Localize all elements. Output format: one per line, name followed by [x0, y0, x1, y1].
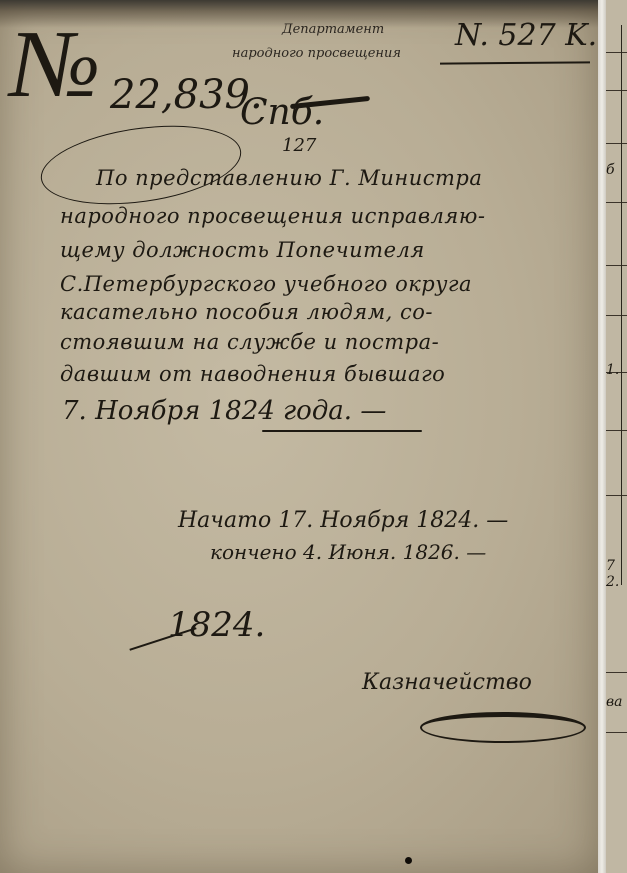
number-sign-flourish: №	[10, 8, 101, 119]
signature-flourish	[420, 712, 586, 743]
begun-line: Начато 17. Ноября 1824. —	[178, 508, 508, 533]
date-underline	[262, 430, 422, 432]
body-date: 7. Ноября 1824 года. —	[62, 396, 386, 426]
body-line: народного просвещения исправляю-	[60, 204, 485, 228]
sub-number: 127	[282, 135, 316, 156]
body-line: давшим от наводнения бывшаго	[60, 362, 445, 386]
document-page: № 22,839. Спб. 127 Департамент народного…	[0, 0, 598, 873]
body-line: щему должность Попечителя	[60, 238, 425, 262]
department-line-2: народного просвещения	[232, 46, 401, 61]
margin-mark: 2.	[606, 574, 619, 590]
begun-value: 17. Ноября 1824. —	[278, 508, 508, 533]
underlying-page: б 1. 7 2. ва	[606, 0, 627, 873]
body-line: касательно пособия людям, со-	[60, 300, 433, 324]
begun-label: Начато	[178, 508, 271, 533]
margin-mark: ва	[606, 694, 623, 710]
year-label: 1824.	[168, 605, 265, 645]
page-edge	[598, 0, 606, 873]
opening-flourish	[36, 114, 246, 215]
margin-mark: 1.	[606, 362, 619, 378]
ended-value: 4. Июня. 1826. —	[303, 540, 486, 564]
body-line: По представлению Г. Министра	[96, 166, 482, 190]
signature: Казначейство	[362, 670, 532, 695]
ended-label: кончено	[210, 540, 297, 564]
body-line: стоявшим на службе и постра-	[60, 330, 439, 354]
ink-spot	[405, 857, 412, 864]
margin-mark: 7	[606, 558, 615, 574]
city-abbrev: Спб.	[240, 92, 324, 133]
department-underline	[440, 61, 590, 64]
ended-line: кончено 4. Июня. 1826. —	[210, 540, 486, 564]
margin-mark: б	[606, 162, 615, 178]
file-number: N. 527 K.	[455, 18, 597, 53]
body-line: С.Петербургского учебного округа	[60, 272, 472, 296]
department-line-1: Департамент	[282, 22, 384, 37]
